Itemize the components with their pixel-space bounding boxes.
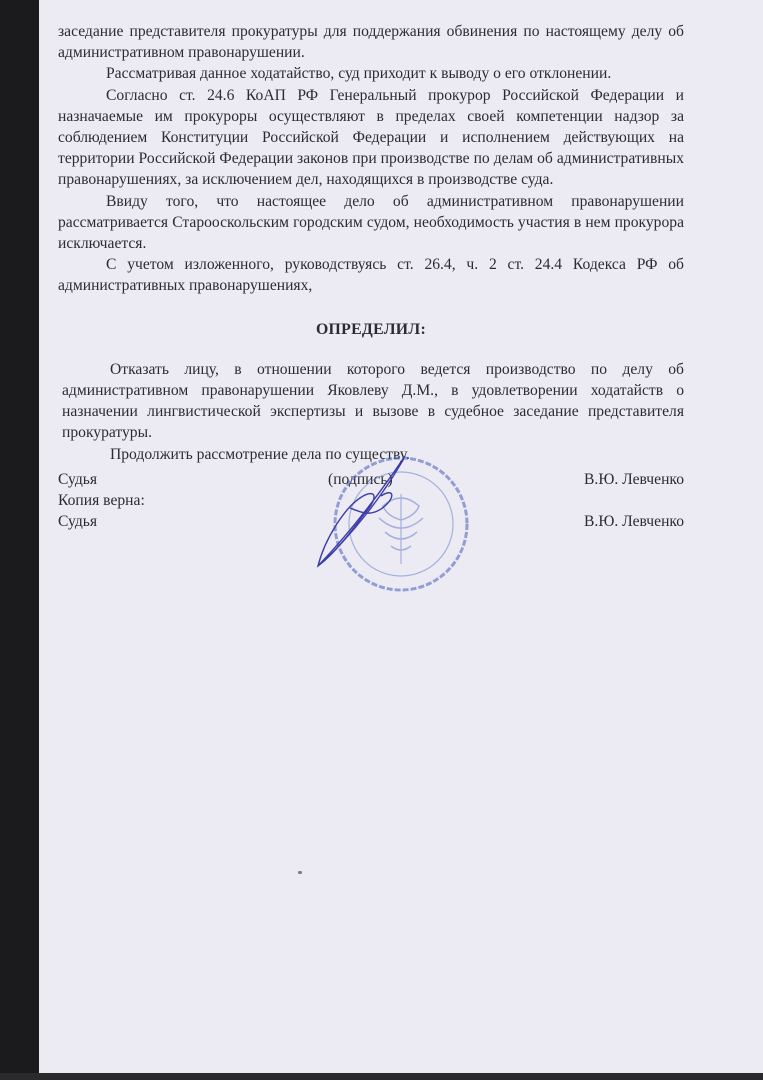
ruling-heading: ОПРЕДЕЛИЛ: <box>58 319 684 340</box>
court-stamp-and-signature <box>255 448 495 608</box>
copy-true-label: Копия верна: <box>58 490 145 511</box>
scan-border-left <box>0 0 39 1080</box>
paragraph-continuation: заседание представителя прокуратуры для … <box>58 21 684 63</box>
judge-name-copy: В.Ю. Левченко <box>584 511 684 532</box>
scan-speck <box>298 871 302 874</box>
scan-border-bottom <box>0 1073 763 1080</box>
judge-name: В.Ю. Левченко <box>584 469 684 490</box>
decision-refuse: Отказать лицу, в отношении которого веде… <box>62 359 684 444</box>
document-body: заседание представителя прокуратуры для … <box>58 21 684 465</box>
paragraph-consideration: Рассматривая данное ходатайство, суд при… <box>58 63 684 84</box>
paragraph-legal-basis: Согласно ст. 24.6 КоАП РФ Генеральный пр… <box>58 85 684 191</box>
paragraph-court-jurisdiction: Ввиду того, что настоящее дело об админи… <box>58 191 684 255</box>
paragraph-guided-by: С учетом изложенного, руководствуясь ст.… <box>58 254 684 296</box>
judge-label-copy: Судья <box>58 511 97 532</box>
judge-label: Судья <box>58 469 97 490</box>
